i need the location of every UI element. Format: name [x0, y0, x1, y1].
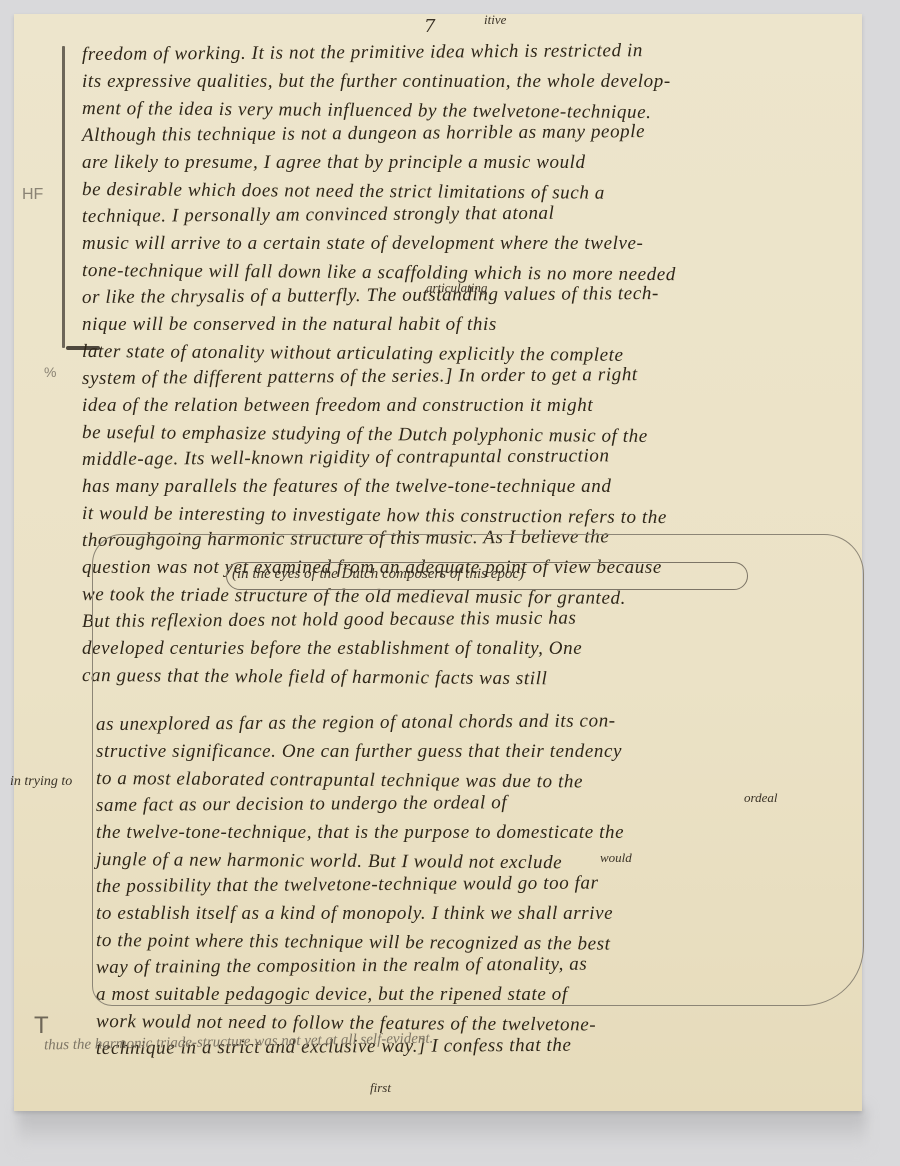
manuscript-line: be desirable which does not need the str…: [82, 179, 605, 205]
passage-loop: [92, 534, 864, 1006]
page-number: 7: [424, 16, 435, 37]
manuscript-line: later state of atonality without articul…: [82, 341, 624, 367]
manuscript-line: ment of the idea is very much influenced…: [82, 98, 652, 124]
manuscript-line: tone-technique will fall down like a sca…: [82, 260, 676, 286]
footnote-mark: T: [34, 1012, 49, 1040]
insertion-articulating: articulating: [426, 280, 487, 296]
margin-note-in-trying-to: in trying to: [10, 774, 72, 790]
manuscript-line: technique. I personally am convinced str…: [82, 203, 555, 228]
manuscript-line: music will arrive to a certain state of …: [82, 233, 644, 255]
manuscript-line: has many parallels the features of the t…: [82, 476, 611, 498]
manuscript-line: Although this technique is not a dungeon…: [82, 121, 645, 147]
manuscript-line: nique will be conserved in the natural h…: [82, 314, 497, 336]
manuscript-line: its expressive qualities, but the furthe…: [82, 71, 671, 93]
manuscript-line: it would be interesting to investigate h…: [82, 503, 667, 529]
manuscript-line: idea of the relation between freedom and…: [82, 395, 593, 417]
manuscript-line: or like the chrysalis of a butterfly. Th…: [82, 283, 659, 309]
manuscript-line: be useful to emphasize studying of the D…: [82, 422, 648, 448]
margin-note-percent: %: [44, 364, 56, 380]
margin-bracket-line: [62, 46, 65, 348]
manuscript-line: are likely to presume, I agree that by p…: [82, 152, 586, 174]
manuscript-line: system of the different patterns of the …: [82, 364, 638, 390]
manuscript-line: freedom of working. It is not the primit…: [82, 40, 643, 66]
insertion-itive: itive: [484, 12, 506, 28]
insertion-first: first: [370, 1080, 391, 1096]
manuscript-line: middle-age. Its well-known rigidity of c…: [82, 445, 610, 471]
manuscript-page: 7 HF % in trying to freedom of working. …: [14, 14, 862, 1111]
page-shadow: [18, 1108, 866, 1148]
margin-note-hf: HF: [22, 186, 43, 204]
